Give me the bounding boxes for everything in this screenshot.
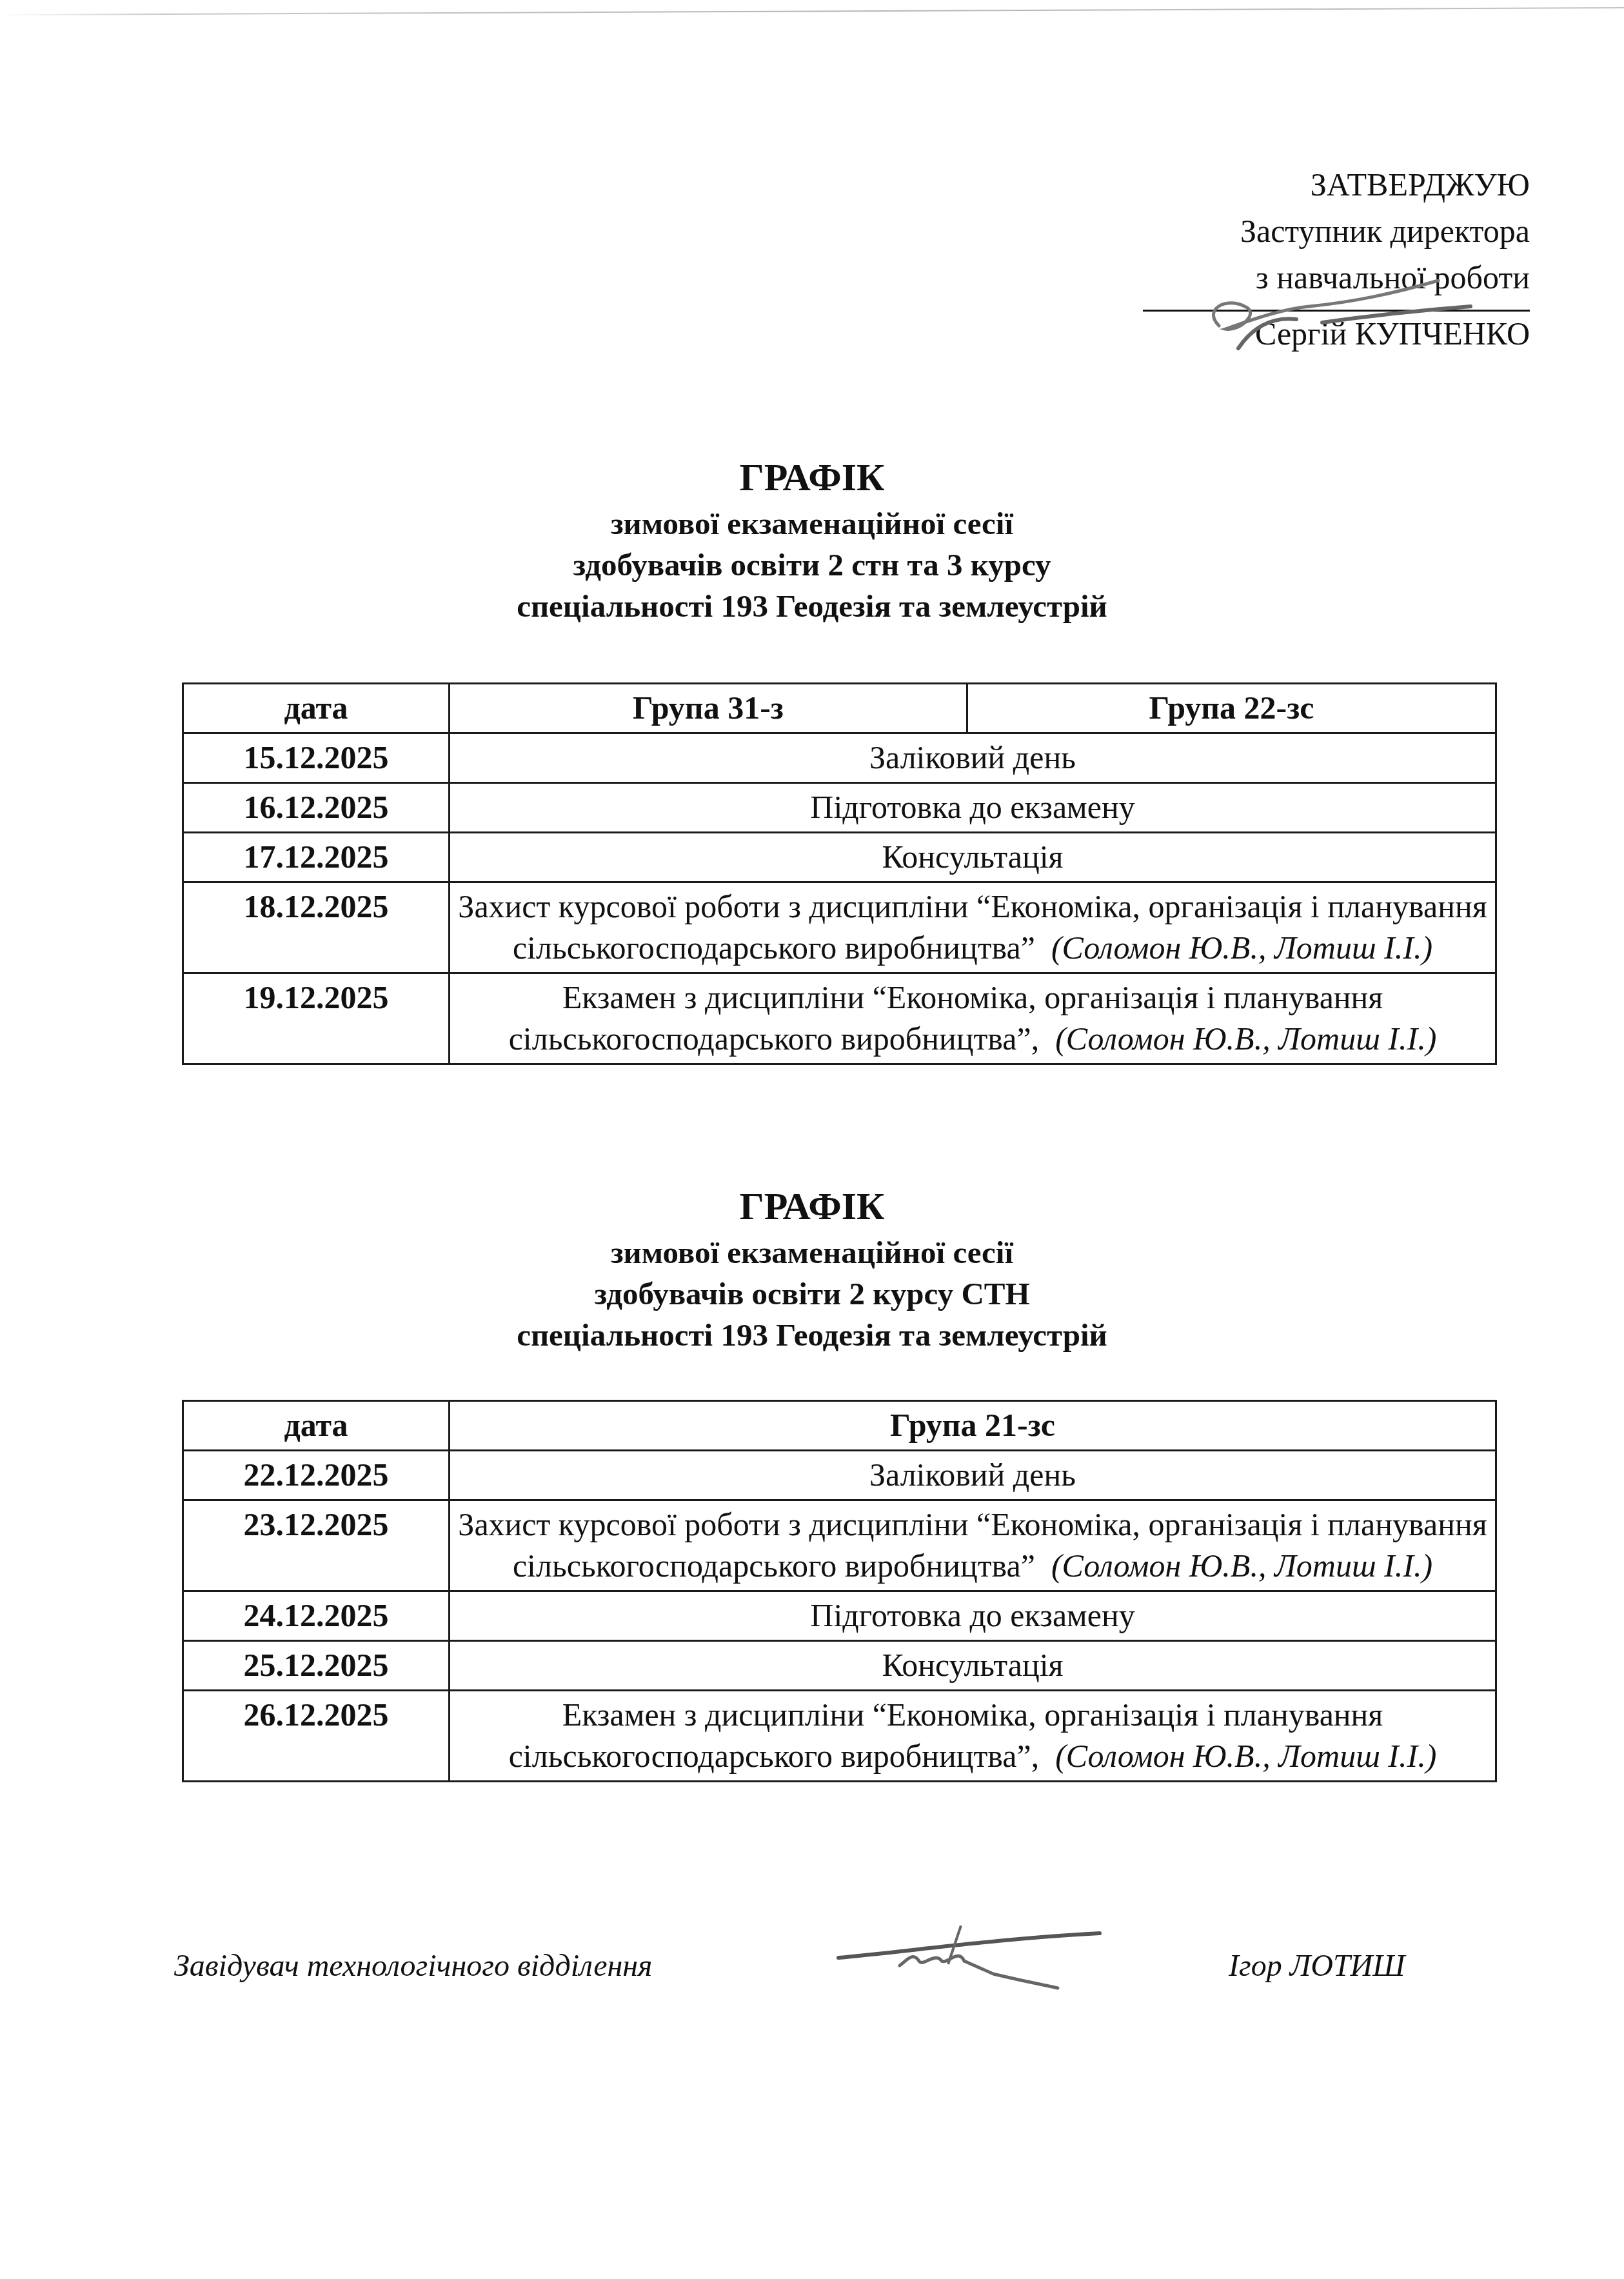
table-row: 16.12.2025Підготовка до екзамену [183,783,1496,833]
table-row: 19.12.2025Екзамен з дисципліни “Економік… [183,973,1496,1064]
event-teachers: (Соломон Ю.В., Лотиш І.І.) [1055,1020,1436,1057]
schedule-1-title: ГРАФІК [0,452,1624,503]
table-header-row: дата Група 31-з Група 22-зс [183,684,1496,733]
table-row: 18.12.2025Захист курсової роботи з дисци… [183,882,1496,973]
row-date: 15.12.2025 [183,733,450,783]
schedule-2-subtitle-1: зимової екзаменаційної сесії [0,1232,1624,1273]
schedule-1-subtitle-2: здобувачів освіти 2 стн та 3 курсу [0,544,1624,586]
schedule-2-subtitle-2: здобувачів освіти 2 курсу СТН [0,1273,1624,1315]
event-teachers: (Соломон Ю.В., Лотиш І.І.) [1051,930,1432,966]
event-text: Консультація [882,839,1063,875]
footer-position: Завідувач технологічного відділення [174,1948,652,1984]
header-date: дата [183,1401,450,1451]
row-event: Захист курсової роботи з дисципліни “Еко… [450,882,1496,973]
approval-stamp: ЗАТВЕРДЖУЮ [1143,161,1530,208]
event-teachers: (Соломон Ю.В., Лотиш І.І.) [1051,1548,1432,1584]
row-date: 25.12.2025 [183,1641,450,1691]
row-event: Заліковий день [450,733,1496,783]
row-event: Заліковий день [450,1451,1496,1500]
row-date: 16.12.2025 [183,783,450,833]
event-text: Заліковий день [869,739,1076,775]
schedule-1-subtitle-1: зимової екзаменаційної сесії [0,503,1624,544]
header-group-22zs: Група 22-зс [967,684,1496,733]
table-row: 23.12.2025Захист курсової роботи з дисци… [183,1500,1496,1591]
schedule-2-title-block: ГРАФІК зимової екзаменаційної сесії здоб… [0,1180,1624,1356]
row-event: Екзамен з дисципліни “Економіка, організ… [450,1691,1496,1782]
row-event: Підготовка до екзамену [450,1591,1496,1641]
schedule-1-subtitle-3: спеціальності 193 Геодезія та землеустрі… [0,586,1624,627]
schedule-2-table: дата Група 21-зс 22.12.2025Заліковий ден… [182,1400,1497,1782]
row-date: 18.12.2025 [183,882,450,973]
schedule-2-title: ГРАФІК [0,1180,1624,1232]
table-row: 26.12.2025Екзамен з дисципліни “Економік… [183,1691,1496,1782]
schedule-1-title-block: ГРАФІК зимової екзаменаційної сесії здоб… [0,452,1624,627]
row-event: Підготовка до екзамену [450,783,1496,833]
header-group-21zs: Група 21-зс [450,1401,1496,1451]
event-text: Заліковий день [869,1457,1076,1493]
row-event: Захист курсової роботи з дисципліни “Еко… [450,1500,1496,1591]
row-date: 22.12.2025 [183,1451,450,1500]
table-row: 15.12.2025Заліковий день [183,733,1496,783]
row-date: 23.12.2025 [183,1500,450,1591]
row-date: 26.12.2025 [183,1691,450,1782]
table-header-row: дата Група 21-зс [183,1401,1496,1451]
schedule-1-table: дата Група 31-з Група 22-зс 15.12.2025За… [182,682,1497,1065]
table-row: 24.12.2025Підготовка до екзамену [183,1591,1496,1641]
event-text: Підготовка до екзамену [810,1597,1134,1633]
signature-icon [832,1926,1109,1996]
row-date: 19.12.2025 [183,973,450,1064]
event-teachers: (Соломон Ю.В., Лотиш І.І.) [1055,1738,1436,1774]
table-row: 22.12.2025Заліковий день [183,1451,1496,1500]
approver-position-line1: Заступник директора [1143,208,1530,254]
row-event: Консультація [450,1641,1496,1691]
row-date: 24.12.2025 [183,1591,450,1641]
row-date: 17.12.2025 [183,833,450,882]
schedule-2-subtitle-3: спеціальності 193 Геодезія та землеустрі… [0,1315,1624,1356]
signature-icon [1200,271,1483,355]
footer-name: Ігор ЛОТИШ [1229,1948,1405,1984]
event-text: Підготовка до екзамену [810,789,1134,825]
table-row: 17.12.2025Консультація [183,833,1496,882]
header-group-31z: Група 31-з [450,684,967,733]
scan-edge-line [0,7,1624,15]
event-text: Консультація [882,1647,1063,1683]
table-row: 25.12.2025Консультація [183,1641,1496,1691]
header-date: дата [183,684,450,733]
row-event: Екзамен з дисципліни “Економіка, організ… [450,973,1496,1064]
row-event: Консультація [450,833,1496,882]
